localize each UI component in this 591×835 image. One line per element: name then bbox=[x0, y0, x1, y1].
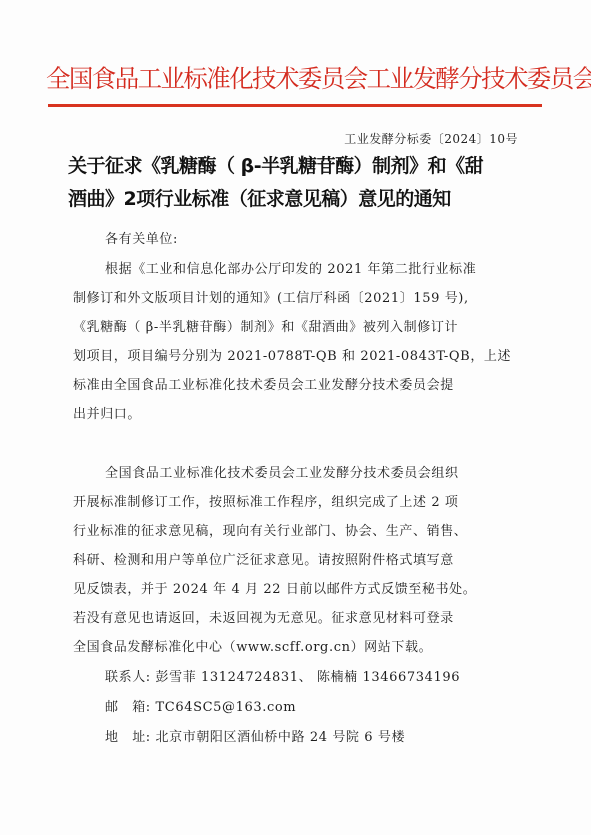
document-title: 关于征求《乳糖酶（ β-半乳糖苷酶）制剂》和《甜 酒曲》2项行业标准（征求意见稿… bbox=[68, 150, 528, 216]
paragraph-1-line: 出并归口。 bbox=[73, 405, 141, 425]
document-number: 工业发酵分标委〔2024〕10号 bbox=[344, 130, 518, 147]
paragraph-2-line: 见反馈表，并于 2024 年 4 月 22 日前以邮件方式反馈至秘书处。 bbox=[73, 580, 476, 600]
address-value: 北京市朝阳区酒仙桥中路 24 号院 6 号楼 bbox=[156, 730, 406, 745]
paragraph-2-line: 全国食品工业标准化技术委员会工业发酵分技术委员会组织 bbox=[105, 464, 459, 484]
paragraph-1-line: 根据《工业和信息化部办公厅印发的 2021 年第二批行业标准 bbox=[105, 260, 476, 280]
paragraph-2-line: 科研、检测和用户等单位广泛征求意见。请按照附件格式填写意 bbox=[73, 551, 454, 571]
issuing-organization-header: 全国食品工业标准化技术委员会工业发酵分技术委员会 bbox=[46, 64, 546, 94]
paragraph-2-line: 全国食品发酵标准化中心（www.scff.org.cn）网站下载。 bbox=[73, 638, 432, 658]
email-value: TC64SC5@163.com bbox=[156, 700, 297, 715]
address-label: 地 址: bbox=[105, 730, 151, 745]
contacts-row: 联系人: 彭雪菲 13124724831、 陈楠楠 13466734196 bbox=[105, 668, 460, 688]
paragraph-2-line: 若没有意见也请返回，未返回视为无意见。征求意见材料可登录 bbox=[73, 609, 454, 629]
contacts-value: 彭雪菲 13124724831、 陈楠楠 13466734196 bbox=[156, 670, 461, 685]
paragraph-1-line: 《乳糖酶（ β-半乳糖苷酶）制剂》和《甜酒曲》被列入制修订计 bbox=[73, 318, 458, 338]
red-header-rule bbox=[48, 104, 542, 107]
paragraph-1-line: 标准由全国食品工业标准化技术委员会工业发酵分技术委员会提 bbox=[73, 376, 454, 396]
title-line-2: 酒曲》2项行业标准（征求意见稿）意见的通知 bbox=[68, 183, 528, 216]
paragraph-1-line: 制修订和外文版项目计划的通知》(工信厅科函〔2021〕159 号), bbox=[73, 289, 469, 309]
email-label: 邮 箱: bbox=[105, 700, 151, 715]
title-line-1: 关于征求《乳糖酶（ β-半乳糖苷酶）制剂》和《甜 bbox=[68, 150, 528, 183]
address-row: 地 址: 北京市朝阳区酒仙桥中路 24 号院 6 号楼 bbox=[105, 728, 405, 748]
paragraph-2-line: 行业标准的征求意见稿，现向有关行业部门、协会、生产、销售、 bbox=[73, 522, 467, 542]
email-row: 邮 箱: TC64SC5@163.com bbox=[105, 698, 296, 718]
paragraph-2-line: 开展标准制修订工作，按照标准工作程序，组织完成了上述 2 项 bbox=[73, 493, 459, 513]
paragraph-1-line: 划项目，项目编号分别为 2021-0788T-QB 和 2021-0843T-Q… bbox=[73, 347, 511, 367]
contacts-label: 联系人: bbox=[105, 670, 151, 685]
salutation: 各有关单位: bbox=[105, 230, 178, 250]
